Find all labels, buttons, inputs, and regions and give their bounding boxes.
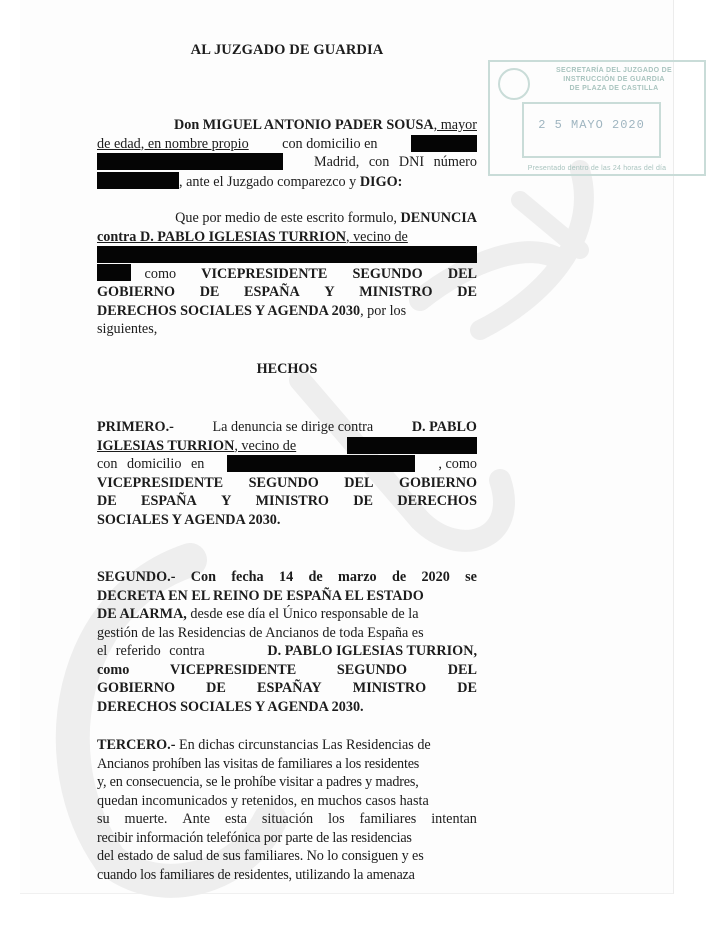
segundo-word: de [308,568,322,587]
primero-word: DEL [344,474,373,493]
tercero-text: y, en consecuencia, se le prohíbe visita… [97,773,477,792]
tercero-word: intentan [431,810,477,829]
primero-word: Y [221,492,231,511]
stamp-header-line: DE PLAZA DE CASTILLA [534,84,694,93]
segundo-word: marzo [338,568,377,587]
tercero-text: quedan incomunicados y retenidos, en muc… [97,792,477,811]
segundo-text: gestión de las Residencias de Ancianos d… [97,624,477,643]
segundo-word: como [97,661,129,680]
stamp-header-line: SECRETARÍA DEL JUZGADO DE [534,66,694,75]
denuncia-word: DE [457,283,477,302]
tercero-paragraph: TERCERO.- En dichas circunstancias Las R… [97,736,477,884]
segundo-text: DE ALARMA, [97,606,187,622]
digo-text: DIGO: [360,174,403,190]
segundo-word: 14 [279,568,293,587]
tercero-word: los [328,810,345,829]
segundo-word: ESPAÑAY [257,679,322,698]
intro-text: , ante el Juzgado comparezco y [179,174,356,190]
denuncia-paragraph: Que por medio de este escrito formulo, D… [97,209,477,339]
stamp-date: 2 5 MAYO 2020 [524,118,659,132]
document-title: AL JUZGADO DE GUARDIA [97,41,477,60]
denuncia-word: SEGUNDO [353,265,423,284]
segundo-text: DERECHOS SOCIALES Y AGENDA 2030. [97,698,477,717]
primero-word: DERECHOS [397,492,477,511]
primero-word: ESPAÑA [141,492,197,511]
court-reception-stamp: SECRETARÍA DEL JUZGADO DE INSTRUCCIÓN DE… [488,60,706,176]
segundo-word: 2020 [421,568,449,587]
tercero-text: cuando los familiares de residentes, uti… [97,866,477,885]
primero-text: , como [438,455,477,474]
segundo-word: DE [206,679,226,698]
tercero-word: Ante [182,810,210,829]
primero-text: La denuncia se dirige contra [212,418,373,437]
denuncia-word: GOBIERNO [97,283,175,302]
primero-word: GOBIERNO [399,474,477,493]
primero-text: , vecino de [234,438,296,454]
denuncia-text: , vecino de [346,229,408,245]
segundo-text: desde ese día el Único responsable de la [190,606,418,622]
redaction-bar [97,172,179,189]
intro-text: con domicilio en [282,135,377,154]
redaction-bar [411,135,477,152]
denuncia-text: , por los [360,303,406,319]
segundo-word: GOBIERNO [97,679,175,698]
redaction-bar [97,246,477,263]
tercero-text: En dichas circunstancias Las Residencias… [179,737,431,753]
primero-word: SEGUNDO [249,474,319,493]
tercero-word: situación [262,810,313,829]
segundo-word: VICEPRESIDENTE [170,661,296,680]
segundo-word: SEGUNDO [337,661,407,680]
accused-name: contra D. PABLO IGLESIAS TURRION [97,229,346,245]
denuncia-word: ESPAÑA [244,283,300,302]
denuncia-word: MINISTRO [359,283,432,302]
seal-icon [498,68,530,100]
tercero-word: muerte. [125,810,168,829]
segundo-word: DEL [448,661,477,680]
intro-text: de edad, en nombre propio [97,135,249,154]
segundo-word: Con [191,568,216,587]
intro-paragraph: Don MIGUEL ANTONIO PADER SOUSA, mayor de… [97,116,477,190]
section-heading-hechos: HECHOS [97,360,477,379]
denuncia-word: Y [324,283,334,302]
tercero-word: familiares [360,810,417,829]
tercero-text: del estado de salud de sus familiares. N… [97,847,477,866]
redaction-bar [97,153,283,170]
primero-word: DE [353,492,373,511]
tercero-text: Ancianos prohíben las visitas de familia… [97,755,477,774]
redaction-bar [97,264,131,281]
denuncia-text: siguientes, [97,320,477,339]
denuncia-word: DEL [448,265,477,284]
primero-word: MINISTRO [256,492,329,511]
denuncia-word: VICEPRESIDENTE [201,265,327,284]
segundo-paragraph: SEGUNDO.- Con fecha 14 de marzo de 2020 … [97,568,477,716]
accused-name: D. PABLO IGLESIAS TURRION, [267,642,477,661]
primero-word: DE [97,492,117,511]
denuncia-keyword: DENUNCIA [401,210,477,226]
tercero-word: esta [225,810,247,829]
primero-text: SOCIALES Y AGENDA 2030. [97,511,477,530]
tercero-text: recibir información telefónica por parte… [97,829,477,848]
segundo-word: se [465,568,477,587]
intro-text: , mayor [434,117,477,133]
accused-name: IGLESIAS TURRION [97,438,234,454]
segundo-word: DE [457,679,477,698]
stamp-footer: Presentado dentro de las 24 horas del dí… [492,165,702,172]
primero-paragraph: PRIMERO.- La denuncia se dirige contra D… [97,418,477,529]
tercero-word: su [97,810,110,829]
segundo-text: el referido contra [97,642,205,661]
denuncia-word: DE [200,283,220,302]
stamp-date-box: 2 5 MAYO 2020 [522,102,661,158]
paragraph-label: SEGUNDO.- [97,568,175,587]
segundo-text: DECRETA EN EL REINO DE ESPAÑA EL ESTADO [97,587,477,606]
plaintiff-name: Don MIGUEL ANTONIO PADER SOUSA [174,117,434,133]
redaction-bar [347,437,477,454]
intro-text: Madrid, con DNI número [314,153,477,172]
stamp-header-line: INSTRUCCIÓN DE GUARDIA [534,75,694,84]
primero-text: D. PABLO [412,418,477,437]
segundo-word: fecha [231,568,263,587]
paragraph-label: PRIMERO.- [97,418,174,437]
primero-text: con domicilio en [97,455,204,474]
segundo-word: MINISTRO [353,679,426,698]
paragraph-label: TERCERO.- [97,737,175,753]
redaction-bar [227,455,415,472]
stamp-header: SECRETARÍA DEL JUZGADO DE INSTRUCCIÓN DE… [534,66,694,93]
segundo-word: de [392,568,406,587]
primero-word: VICEPRESIDENTE [97,474,223,493]
denuncia-text: DERECHOS SOCIALES Y AGENDA 2030 [97,303,360,319]
denuncia-text: Que por medio de este escrito formulo, [175,210,397,226]
denuncia-text: como [145,266,177,282]
